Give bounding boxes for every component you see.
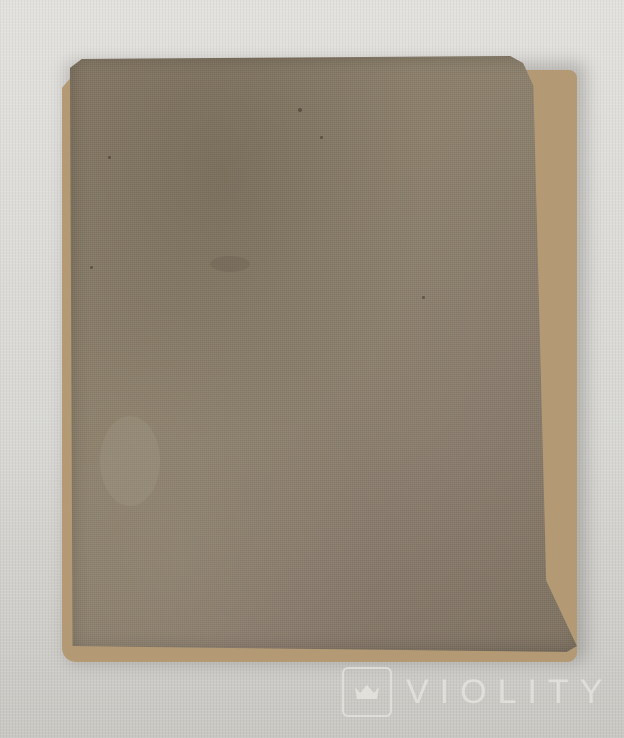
discoloration <box>100 416 160 506</box>
stain <box>422 296 425 299</box>
stain <box>90 266 93 269</box>
watermark-text: VIOLITY <box>406 675 613 709</box>
crown-icon <box>354 683 380 701</box>
book-cover <box>70 56 582 652</box>
stain <box>108 156 111 159</box>
stain <box>210 256 250 272</box>
stain <box>298 108 302 112</box>
stain <box>320 136 323 139</box>
photo-scene: VIOLITY <box>0 0 624 738</box>
watermark: VIOLITY <box>342 667 613 717</box>
watermark-logo <box>342 667 392 717</box>
